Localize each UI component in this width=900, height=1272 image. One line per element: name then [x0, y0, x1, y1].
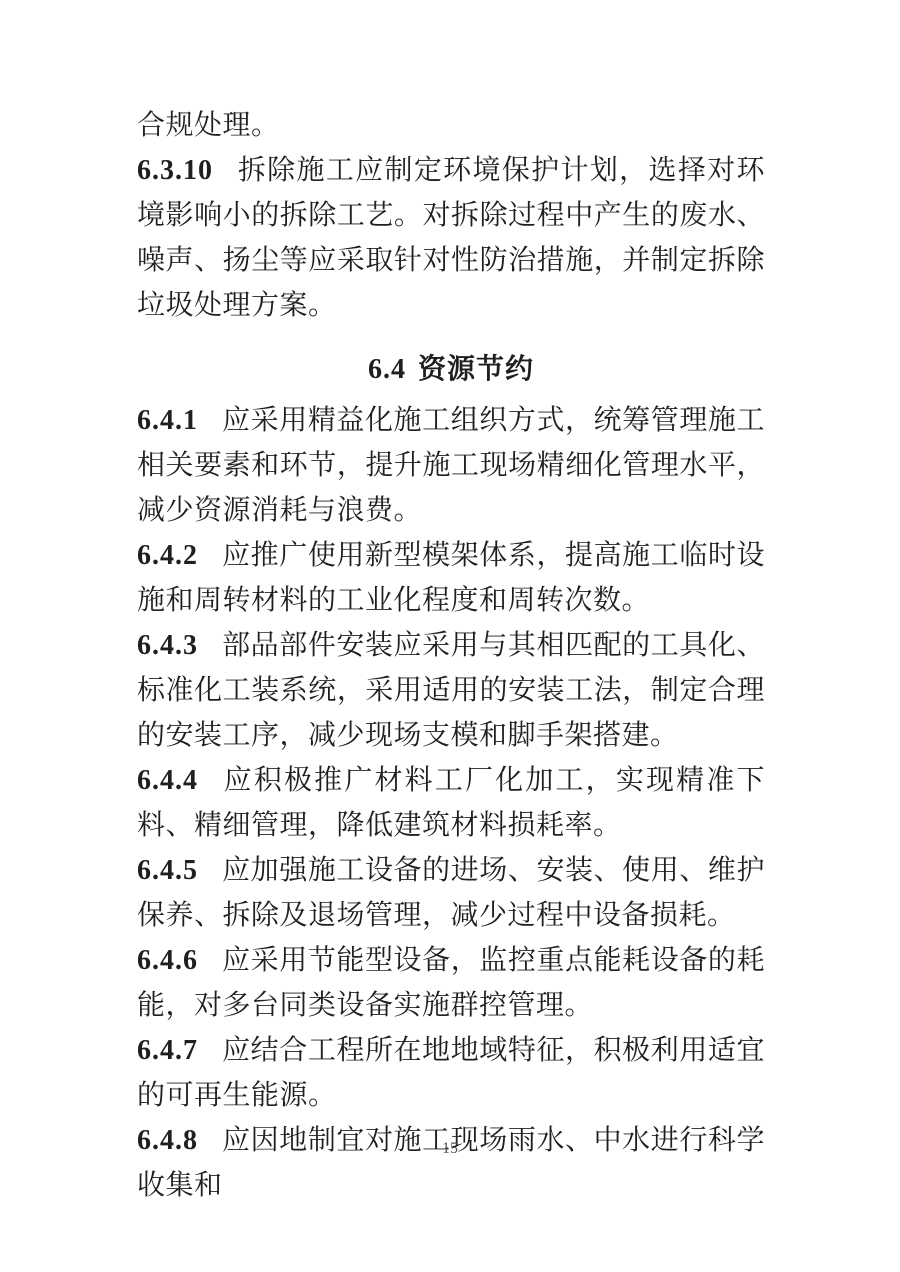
clause-number: 6.3.10 [137, 155, 213, 186]
clause-text: 部品部件安装应采用与其相匹配的工具化、标准化工装系统，采用适用的安装工法，制定合… [137, 630, 765, 751]
clause-number: 6.4.6 [137, 945, 198, 976]
clause-text: 应推广使用新型模架体系，提高施工临时设施和周转材料的工业化程度和周转次数。 [137, 540, 765, 616]
clause-number: 6.4.5 [137, 855, 198, 886]
clause-paragraph: 6.4.3部品部件安装应采用与其相匹配的工具化、标准化工装系统，采用适用的安装工… [137, 623, 765, 758]
page-number: 15 [442, 1140, 458, 1157]
document-body: 合规处理。 6.3.10拆除施工应制定环境保护计划，选择对环境影响小的拆除工艺。… [137, 103, 765, 1208]
clause-paragraph: 6.4.6应采用节能型设备，监控重点能耗设备的耗能，对多台同类设备实施群控管理。 [137, 938, 765, 1028]
clause-text: 应采用精益化施工组织方式，统筹管理施工相关要素和环节，提升施工现场精细化管理水平… [137, 405, 765, 526]
clause-paragraph: 6.4.7应结合工程所在地地域特征，积极利用适宜的可再生能源。 [137, 1028, 765, 1118]
document-page: 合规处理。 6.3.10拆除施工应制定环境保护计划，选择对环境影响小的拆除工艺。… [0, 0, 900, 1272]
clause-text: 应采用节能型设备，监控重点能耗设备的耗能，对多台同类设备实施群控管理。 [137, 945, 765, 1021]
clause-text: 应因地制宜对施工现场雨水、中水进行科学收集和 [137, 1125, 765, 1201]
clause-paragraph: 6.4.1应采用精益化施工组织方式，统筹管理施工相关要素和环节，提升施工现场精细… [137, 398, 765, 533]
clause-number: 6.4.4 [137, 765, 198, 796]
section-heading: 6.4资源节约 [137, 347, 765, 392]
clause-text: 应结合工程所在地地域特征，积极利用适宜的可再生能源。 [137, 1035, 765, 1111]
clause-paragraph: 6.4.4应积极推广材料工厂化加工，实现精准下料、精细管理，降低建筑材料损耗率。 [137, 758, 765, 848]
clause-paragraph: 6.3.10拆除施工应制定环境保护计划，选择对环境影响小的拆除工艺。对拆除过程中… [137, 148, 765, 328]
clause-paragraph: 6.4.5应加强施工设备的进场、安装、使用、维护保养、拆除及退场管理，减少过程中… [137, 848, 765, 938]
page-footer: 15 [0, 1140, 900, 1158]
clause-paragraph: 6.4.2应推广使用新型模架体系，提高施工临时设施和周转材料的工业化程度和周转次… [137, 533, 765, 623]
clause-text: 拆除施工应制定环境保护计划，选择对环境影响小的拆除工艺。对拆除过程中产生的废水、… [137, 155, 765, 321]
continuation-paragraph: 合规处理。 [137, 103, 765, 148]
clause-number: 6.4.1 [137, 405, 198, 436]
clause-number: 6.4.7 [137, 1035, 198, 1066]
clause-text: 应积极推广材料工厂化加工，实现精准下料、精细管理，降低建筑材料损耗率。 [137, 765, 765, 841]
section-heading-number: 6.4 [368, 354, 406, 385]
clause-number: 6.4.3 [137, 630, 198, 661]
continuation-text: 合规处理。 [137, 110, 280, 141]
clause-paragraph: 6.4.8应因地制宜对施工现场雨水、中水进行科学收集和 [137, 1118, 765, 1208]
clause-text: 应加强施工设备的进场、安装、使用、维护保养、拆除及退场管理，减少过程中设备损耗。 [137, 855, 765, 931]
clause-number: 6.4.2 [137, 540, 198, 571]
section-heading-title: 资源节约 [418, 354, 534, 385]
